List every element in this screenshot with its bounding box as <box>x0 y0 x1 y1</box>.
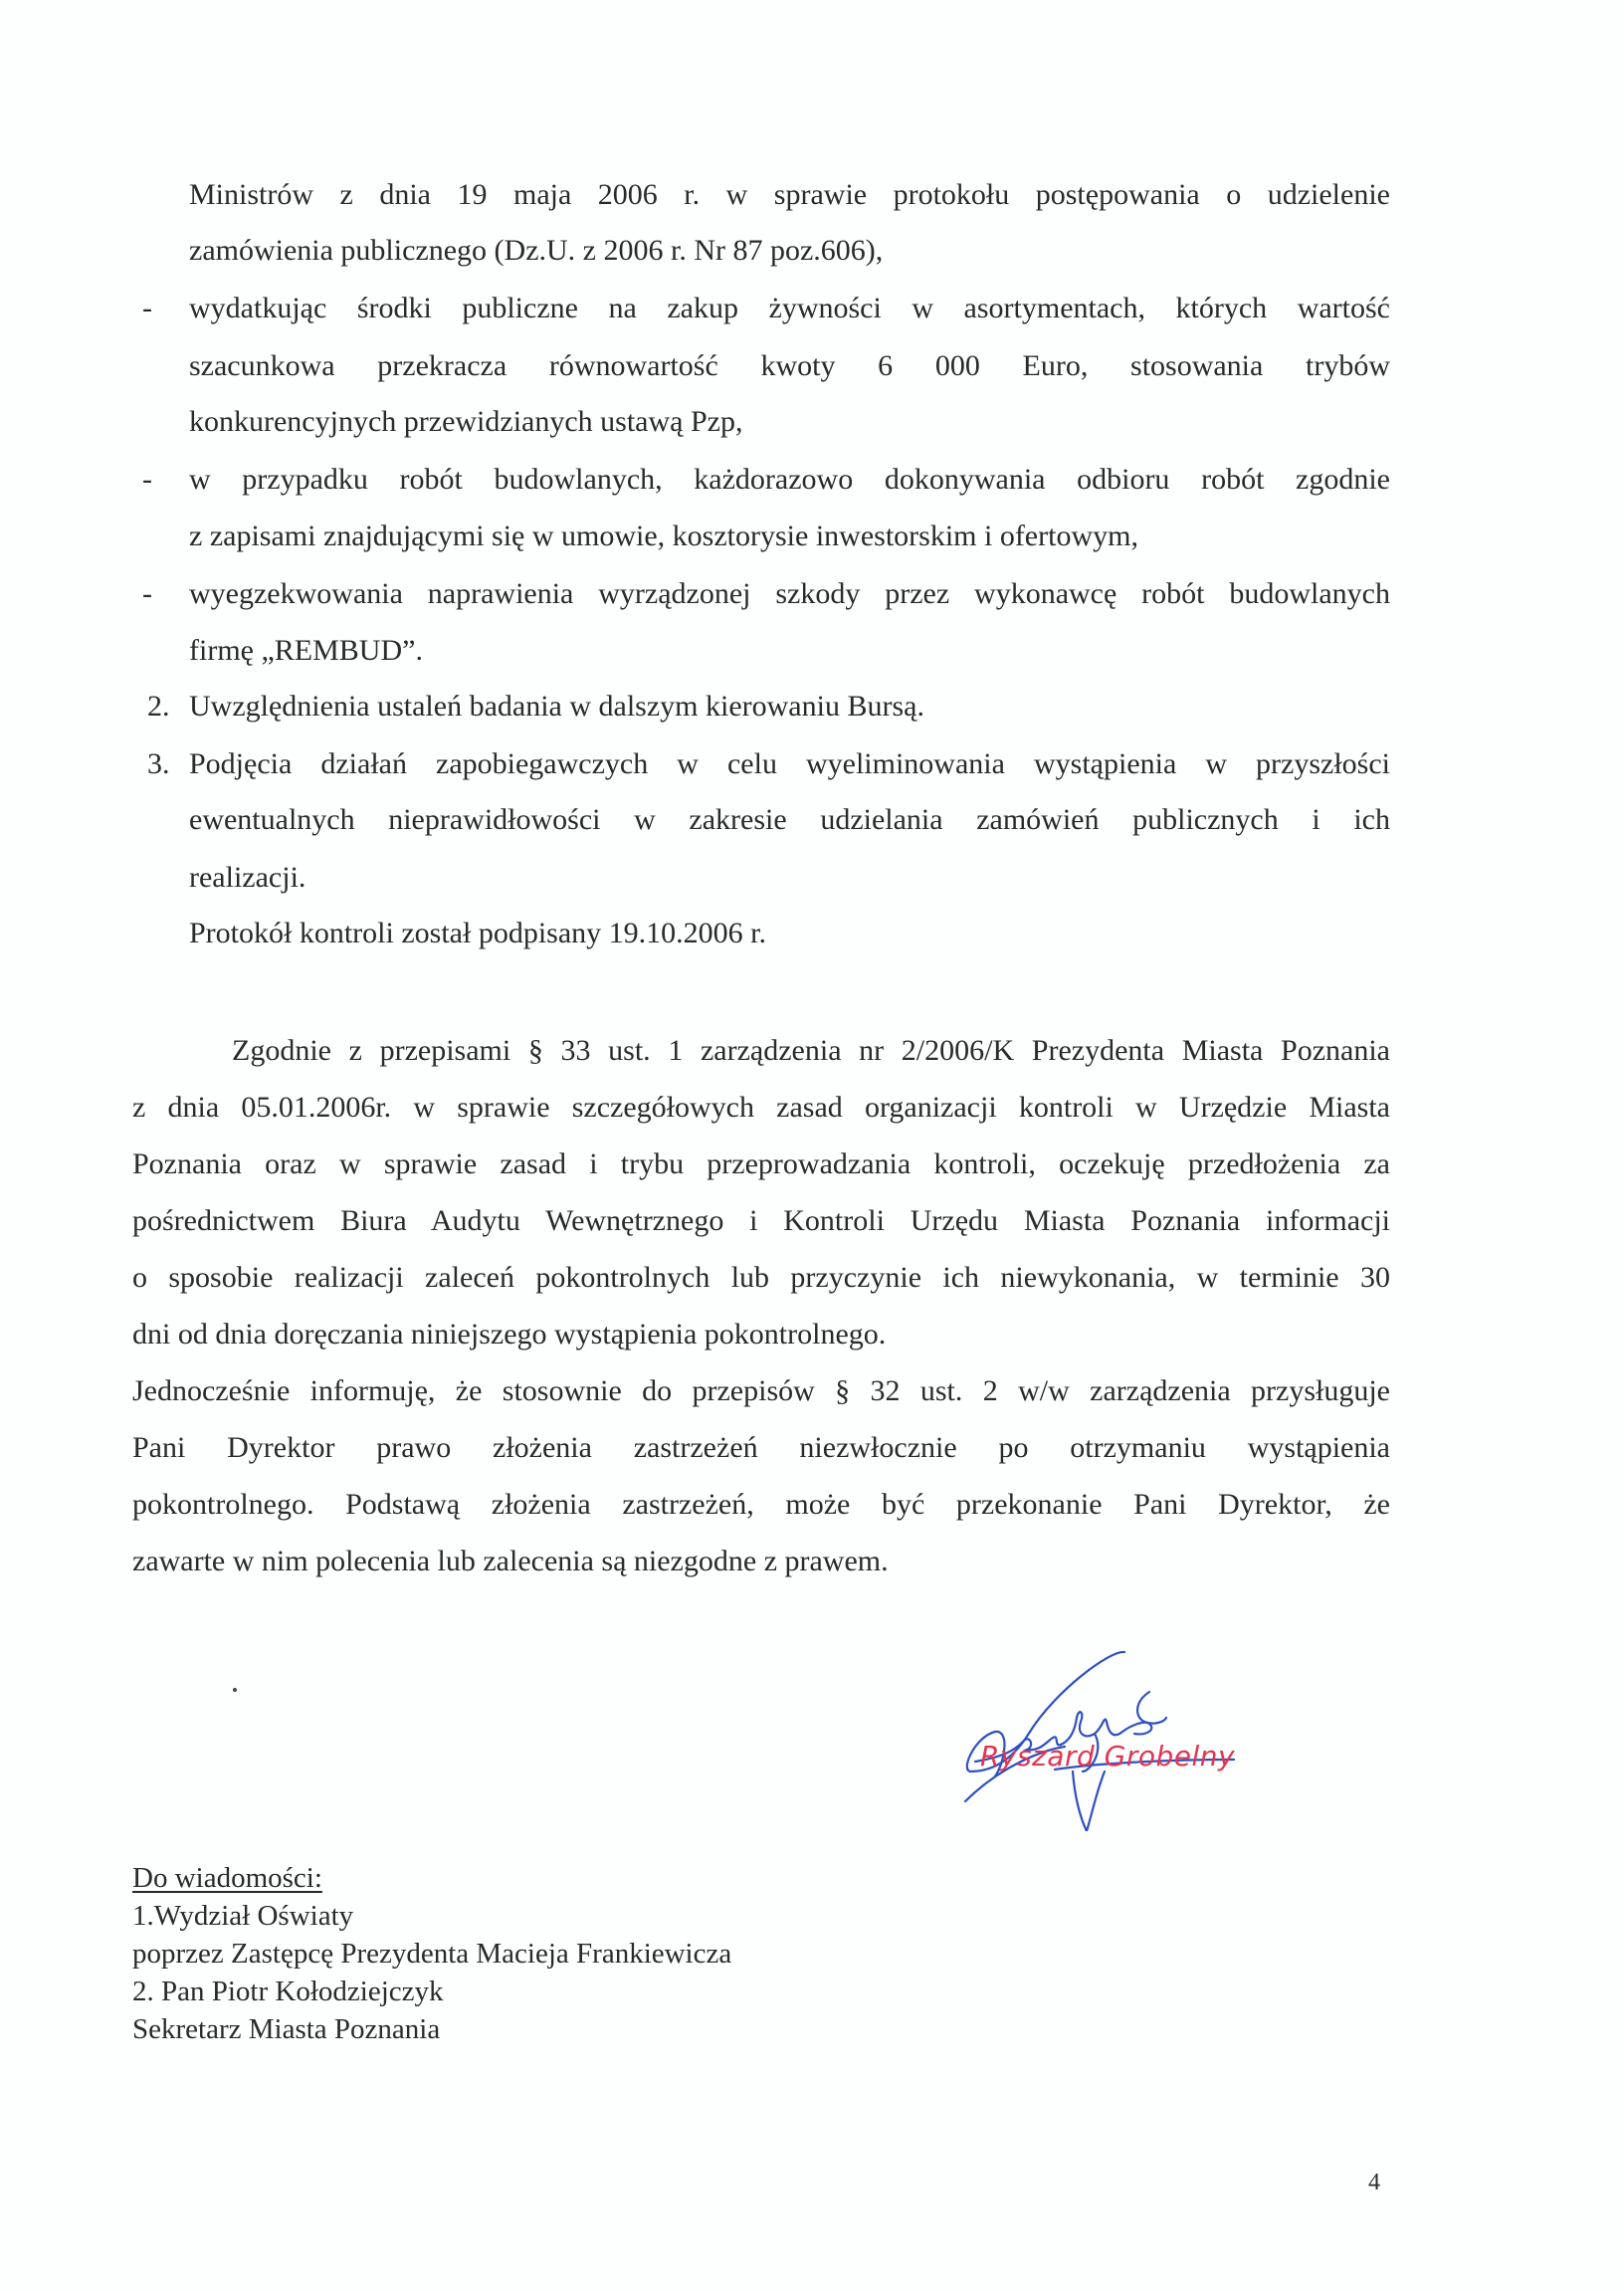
number-marker: 2. <box>147 689 170 725</box>
paragraph-1-line-5: o sposobie realizacji zaleceń pokontroln… <box>132 1260 1390 1296</box>
paragraph-2-line-4: zawarte w nim polecenia lub zalecenia są… <box>132 1544 889 1579</box>
bullet-marker: - <box>142 462 152 498</box>
paragraph-2-line-1: Jednocześnie informuję, że stosownie do … <box>132 1373 1390 1409</box>
bullet-2-line-1: w przypadku robót budowlanych, każdorazo… <box>189 462 1390 498</box>
cc-line-1: 1.Wydział Oświaty <box>132 1897 353 1935</box>
page-number: 4 <box>1368 2170 1380 2196</box>
bullet-marker: - <box>142 291 152 326</box>
number-marker: 3. <box>147 746 170 782</box>
continuation-line-2: zamówienia publicznego (Dz.U. z 2006 r. … <box>189 233 883 269</box>
bullet-marker: - <box>142 576 152 612</box>
bullet-1-line-1: wydatkując środki publiczne na zakup żyw… <box>189 291 1390 326</box>
cc-heading: Do wiadomości: <box>132 1859 322 1897</box>
bullet-3-line-1: wyegzekwowania naprawienia wyrządzonej s… <box>189 576 1390 612</box>
paragraph-1-line-1: Zgodnie z przepisami § 33 ust. 1 zarządz… <box>232 1033 1390 1069</box>
handwritten-signature-icon <box>935 1622 1274 1831</box>
item-3-line-2: ewentualnych nieprawidłowości w zakresie… <box>189 802 1390 838</box>
bullet-3-line-2: firmę „REMBUD”. <box>189 633 423 669</box>
protocol-note: Protokół kontroli został podpisany 19.10… <box>189 916 766 951</box>
paragraph-2-line-3: pokontrolnego. Podstawą złożenia zastrze… <box>132 1487 1390 1523</box>
paragraph-1-line-4: pośrednictwem Biura Audytu Wewnętrznego … <box>132 1203 1390 1239</box>
continuation-line-1: Ministrów z dnia 19 maja 2006 r. w spraw… <box>189 177 1390 213</box>
bullet-1-line-2: szacunkowa przekracza równowartość kwoty… <box>189 348 1390 384</box>
paragraph-1-line-3: Poznania oraz w sprawie zasad i trybu pr… <box>132 1146 1390 1182</box>
item-3-line-3: realizacji. <box>189 860 305 896</box>
bullet-1-line-3: konkurencyjnych przewidzianych ustawą Pz… <box>189 404 742 440</box>
item-3-line-1: Podjęcia działań zapobiegawczych w celu … <box>189 746 1390 782</box>
cc-line-4: Sekretarz Miasta Poznania <box>132 2010 440 2048</box>
name-stamp: Ryszard Grobelny <box>980 1740 1235 1772</box>
stray-dot <box>233 1688 237 1692</box>
cc-line-3: 2. Pan Piotr Kołodziejczyk <box>132 1973 444 2010</box>
cc-line-2: poprzez Zastępcę Prezydenta Macieja Fran… <box>132 1935 731 1973</box>
item-2-line-1: Uwzględnienia ustaleń badania w dalszym … <box>189 689 924 725</box>
bullet-2-line-2: z zapisami znajdującymi się w umowie, ko… <box>189 519 1138 554</box>
paragraph-2-line-2: Pani Dyrektor prawo złożenia zastrzeżeń … <box>132 1430 1390 1466</box>
paragraph-1-line-6: dni od dnia doręczania niniejszego wystą… <box>132 1317 886 1353</box>
paragraph-1-line-2: z dnia 05.01.2006r. w sprawie szczegółow… <box>132 1090 1390 1126</box>
